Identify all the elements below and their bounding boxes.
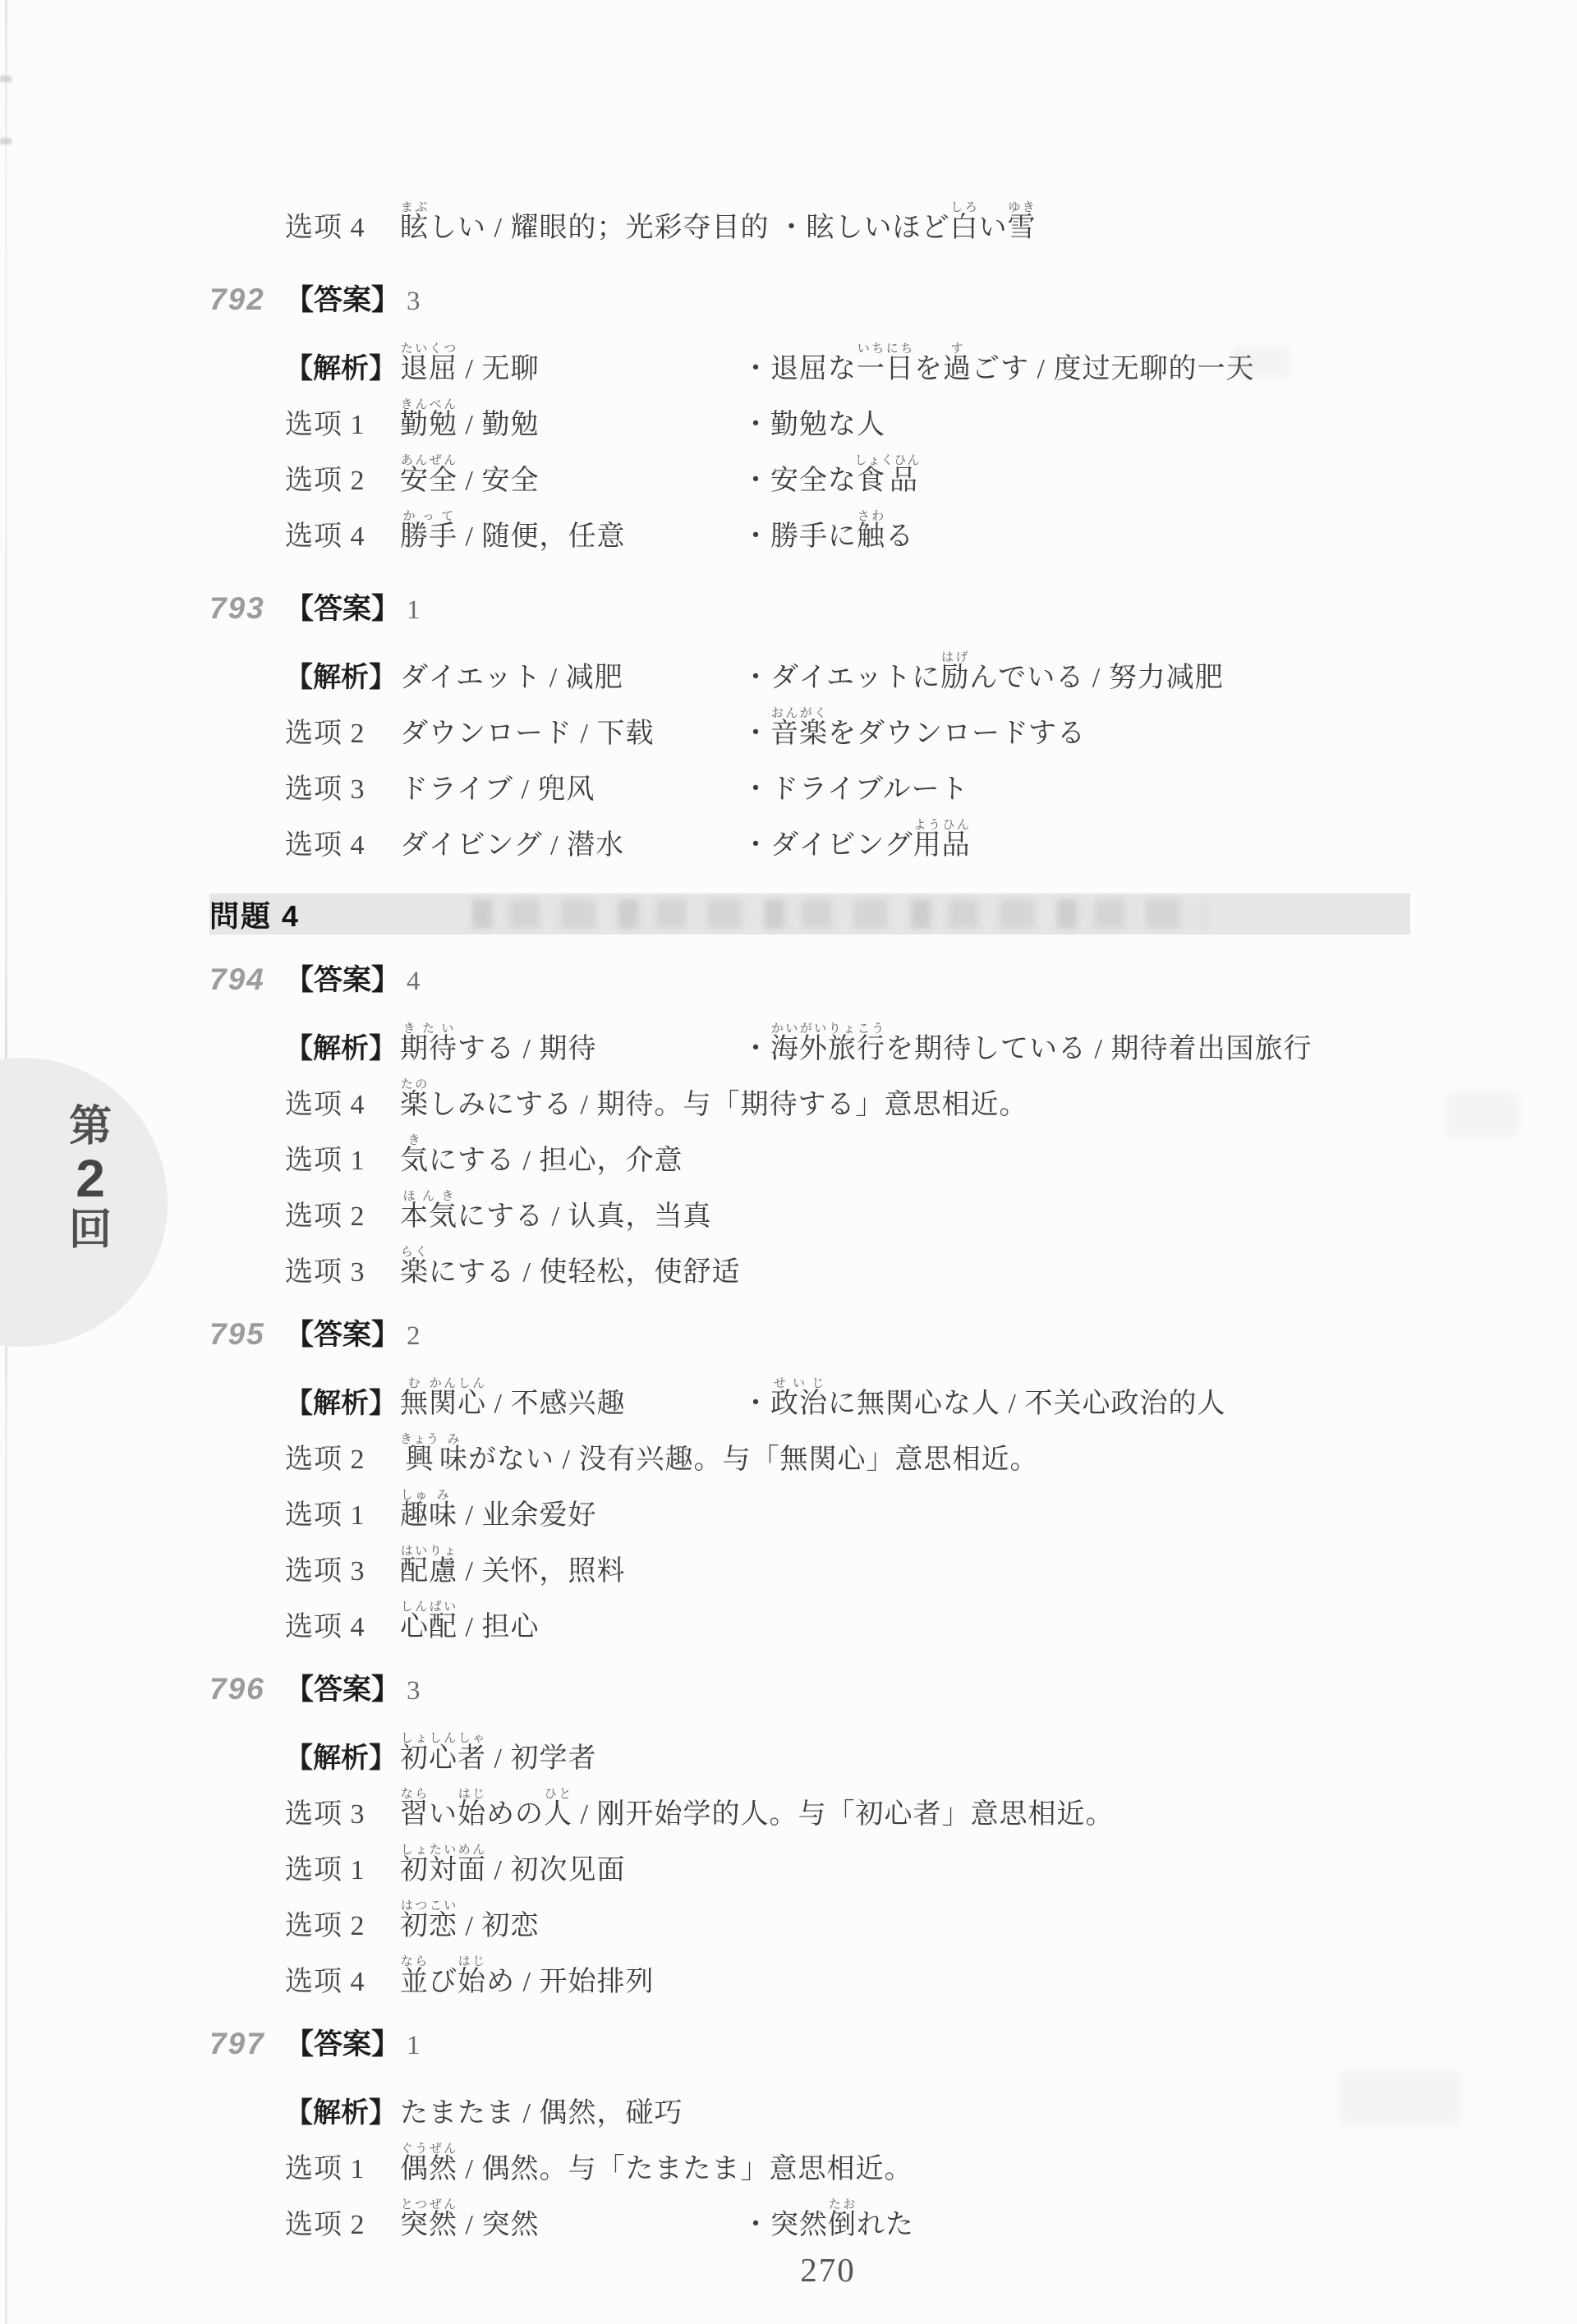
row-example: ・政治せいじに無関心な人 / 不关心政治的人 [742,1377,1225,1421]
option-row: 选项 3 楽らくにする / 使轻松，使舒适 [285,1233,1417,1289]
section-title: 問題 4 [209,893,300,935]
section-band: 問題 4 [209,893,1410,935]
question-number: 795 [209,1317,285,1352]
row-word: 勤勉きんべん / 勤勉 [400,398,742,442]
row-word: 楽らくにする / 使轻松，使舒适 [400,1246,748,1289]
row-label: 选项 1 [285,1500,400,1532]
row-label: 选项 2 [285,1910,400,1943]
answer-blocks-bottom: 794 【答案】 4 【解析】 期待きたいする / 期待 ・海外旅行かいがいりょ… [209,958,1417,2242]
option-row: 选项 2 突然とつぜん / 突然 ・突然倒たおれた [285,2186,1417,2242]
row-word: ドライブ / 兜风 [400,774,742,806]
answer-label: 【答案】 [285,958,400,999]
answers-column: 选项 4 眩まぶしい / 耀眼的；光彩夺目的 ・眩しいほど白しろい雪ゆき 792… [209,0,1417,2242]
row-label: 选项 4 [285,1089,400,1122]
carryover-option-row: 选项 4 眩まぶしい / 耀眼的；光彩夺目的 ・眩しいほど白しろい雪ゆき [209,0,1417,245]
row-example: ・勝手に触さわる [742,510,914,553]
answer-block: 793 【答案】 1 【解析】 ダイエット / 减肥 ・ダイエットに励はげんでい… [209,586,1417,862]
option-row: 选项 2 初恋はつこい / 初恋 [285,1887,1417,1943]
answer-line: 796 【答案】 3 [209,1667,1417,1720]
answer-line: 794 【答案】 4 [209,958,1417,1010]
row-word: 趣しゅ味み / 业余爱好 [400,1489,742,1532]
answer-line: 792 【答案】 3 [209,278,1417,330]
tab-char: 回 [69,1207,112,1253]
row-label: 【解析】 [285,1033,400,1066]
row-word: ダウンロード / 下载 [400,718,742,751]
answer-value: 1 [407,2031,421,2061]
row-label: 选项 2 [285,1444,400,1477]
answer-block: 796 【答案】 3 【解析】 初心者しょしんしゃ / 初学者 选项 3 習なら… [209,1667,1417,1999]
row-label: 选项 1 [285,409,400,442]
bleed-through-smudge [472,899,1205,929]
row-example: ・安全な食品しょくひん [742,454,921,498]
row-word: 本気ほんきにする / 认真，当真 [400,1190,742,1233]
row-label: 选项 2 [285,465,400,498]
row-word: たまたま / 偶然，碰巧 [400,2097,742,2130]
row-word: 習ならい始はじめの人ひと / 刚开始学的人。与「初心者」意思相近。 [400,1788,1122,1831]
answer-block: 792 【答案】 3 【解析】 退屈たいくつ / 无聊 ・退屈な一日いちにちを過… [209,278,1417,553]
option-row: 选项 4 ダイビング / 潜水 ・ダイビング用品ようひん [285,806,1417,862]
option-row: 【解析】 たまたま / 偶然，碰巧 [285,2074,1417,2130]
answer-value: 1 [407,595,421,626]
option-row: 【解析】 ダイエット / 减肥 ・ダイエットに励はげんでいる / 努力减肥 [285,639,1417,695]
round-2-tab-label: 第2回 [61,1104,120,1253]
row-word: 偶然ぐうぜん / 偶然。与「たまたま」意思相近。 [400,2143,921,2186]
option-rows: 【解析】 たまたま / 偶然，碰巧 选项 1 偶然ぐうぜん / 偶然。与「たまた… [209,2074,1417,2242]
row-label: 选项 4 [285,212,400,245]
row-label: 选项 2 [285,1201,400,1233]
row-word: 期待きたいする / 期待 [400,1022,742,1066]
page-number: 270 [0,2250,1577,2290]
bleed-spot [1339,2069,1462,2127]
option-row: 选项 1 気きにする / 担心，介意 [285,1122,1417,1178]
row-word: 突然とつぜん / 突然 [400,2198,742,2242]
option-row: 选项 2 本気ほんきにする / 认真，当真 [285,1178,1417,1233]
option-row: 【解析】 初心者しょしんしゃ / 初学者 [285,1720,1417,1775]
row-word: ダイエット / 减肥 [400,662,742,695]
option-row: 选项 3 ドライブ / 兜风 ・ドライブルート [285,751,1417,806]
row-label: 【解析】 [285,1743,400,1775]
row-word: 興きょう味みがない / 没有兴趣。与「無関心」意思相近。 [400,1433,1046,1477]
row-word: 並ならび始はじめ / 开始排列 [400,1955,742,1999]
row-example: ・勤勉な人 [742,409,885,442]
option-row: 选项 2 安全あんぜん / 安全 ・安全な食品しょくひん [285,442,1417,498]
answer-line: 793 【答案】 1 [209,586,1417,639]
row-example: ・退屈な一日いちにちを過すごす / 度过无聊的一天 [742,342,1254,386]
row-example: ・ダイビング用品ようひん [742,819,971,862]
row-word: 初心者しょしんしゃ / 初学者 [400,1732,742,1775]
book-page: 第2回 选项 4 眩まぶしい / 耀眼的；光彩夺目的 ・眩しいほど白しろい雪ゆき… [0,0,1577,2324]
option-row: 选项 2 ダウンロード / 下载 ・音楽おんがくをダウンロードする [285,695,1417,751]
answer-block: 797 【答案】 1 【解析】 たまたま / 偶然，碰巧 选项 1 偶然ぐうぜん… [209,2022,1417,2242]
row-word: 気きにする / 担心，介意 [400,1134,742,1178]
option-rows: 【解析】 無む関心かんしん / 不感兴趣 ・政治せいじに無関心な人 / 不关心政… [209,1365,1417,1644]
row-example: ・眩しいほど白しろい雪ゆき [777,201,1036,245]
row-word: 配慮はいりょ / 关怀，照料 [400,1545,742,1588]
row-label: 选项 4 [285,521,400,553]
answer-label: 【答案】 [285,2022,400,2063]
option-row: 选项 4 勝手かって / 随便，任意 ・勝手に触さわる [285,498,1417,553]
bleed-spot [1232,345,1290,378]
row-label: 选项 3 [285,1798,400,1831]
row-word: 眩まぶしい / 耀眼的；光彩夺目的 [400,201,777,245]
answer-label: 【答案】 [285,1667,400,1708]
question-number: 792 [209,282,285,317]
option-rows: 【解析】 期待きたいする / 期待 ・海外旅行かいがいりょこうを期待している /… [209,1010,1417,1289]
option-row: 【解析】 無む関心かんしん / 不感兴趣 ・政治せいじに無関心な人 / 不关心政… [285,1365,1417,1421]
row-label: 【解析】 [285,353,400,386]
row-label: 选项 3 [285,1555,400,1588]
question-number: 793 [209,591,285,626]
option-row: 选项 3 習ならい始はじめの人ひと / 刚开始学的人。与「初心者」意思相近。 [285,1775,1417,1831]
row-label: 选项 3 [285,774,400,806]
row-word: 初対面しょたいめん / 初次见面 [400,1844,742,1887]
row-word: ダイビング / 潜水 [400,829,742,862]
row-label: 【解析】 [285,662,400,695]
answer-block: 794 【答案】 4 【解析】 期待きたいする / 期待 ・海外旅行かいがいりょ… [209,958,1417,1289]
row-word: 心配しんぱい / 担心 [400,1601,742,1644]
answer-value: 3 [407,1676,421,1706]
row-label: 选项 2 [285,718,400,751]
row-example: ・音楽おんがくをダウンロードする [742,707,1086,751]
row-word: 初恋はつこい / 初恋 [400,1899,742,1943]
option-row: 选项 1 偶然ぐうぜん / 偶然。与「たまたま」意思相近。 [285,2130,1417,2186]
scan-mark [0,138,11,145]
row-label: 选项 4 [285,829,400,862]
option-row: 选项 4 眩まぶしい / 耀眼的；光彩夺目的 ・眩しいほど白しろい雪ゆき [285,189,1417,245]
row-word: 無む関心かんしん / 不感兴趣 [400,1377,742,1421]
option-row: 选项 2 興きょう味みがない / 没有兴趣。与「無関心」意思相近。 [285,1421,1417,1477]
question-number: 796 [209,1672,285,1706]
option-row: 选项 1 初対面しょたいめん / 初次见面 [285,1831,1417,1887]
row-word: 退屈たいくつ / 无聊 [400,342,742,386]
answer-block: 795 【答案】 2 【解析】 無む関心かんしん / 不感兴趣 ・政治せいじに無… [209,1312,1417,1644]
answer-value: 4 [407,967,421,997]
tab-char: 第 [69,1104,112,1150]
row-label: 选项 1 [285,1854,400,1887]
row-example: ・ドライブルート [742,774,969,806]
row-example: ・ダイエットに励はげんでいる / 努力减肥 [742,651,1224,695]
row-label: 选项 1 [285,2153,400,2186]
row-label: 【解析】 [285,1388,400,1421]
row-label: 选项 2 [285,2209,400,2242]
option-row: 选项 1 趣しゅ味み / 业余爱好 [285,1477,1417,1532]
answer-value: 3 [407,287,421,317]
option-row: 选项 3 配慮はいりょ / 关怀，照料 [285,1532,1417,1588]
option-row: 选项 1 勤勉きんべん / 勤勉 ・勤勉な人 [285,386,1417,442]
answer-line: 795 【答案】 2 [209,1312,1417,1365]
option-row: 选项 4 楽たのしみにする / 期待。与「期待する」意思相近。 [285,1066,1417,1122]
option-row: 【解析】 期待きたいする / 期待 ・海外旅行かいがいりょこうを期待している /… [285,1010,1417,1066]
option-row: 选项 4 並ならび始はじめ / 开始排列 [285,1943,1417,1999]
row-label: 选项 4 [285,1611,400,1644]
answer-label: 【答案】 [285,278,400,319]
row-word: 勝手かって / 随便，任意 [400,510,742,553]
row-word: 安全あんぜん / 安全 [400,454,742,498]
row-label: 选项 3 [285,1256,400,1289]
row-example: ・突然倒たおれた [742,2198,914,2242]
row-label: 选项 1 [285,1145,400,1178]
bleed-spot [1446,1092,1520,1137]
scan-mark [0,76,11,82]
answer-label: 【答案】 [285,586,400,627]
answer-value: 2 [407,1321,421,1352]
row-label: 选项 4 [285,1966,400,1999]
answer-label: 【答案】 [285,1312,400,1353]
option-rows: 【解析】 ダイエット / 减肥 ・ダイエットに励はげんでいる / 努力减肥 选项… [209,639,1417,862]
answer-line: 797 【答案】 1 [209,2022,1417,2074]
option-row: 选项 4 心配しんぱい / 担心 [285,1588,1417,1644]
row-example: ・海外旅行かいがいりょこうを期待している / 期待着出国旅行 [742,1022,1312,1066]
option-rows: 【解析】 初心者しょしんしゃ / 初学者 选项 3 習ならい始はじめの人ひと /… [209,1720,1417,1999]
question-number: 794 [209,962,285,997]
row-label: 【解析】 [285,2097,400,2130]
row-word: 楽たのしみにする / 期待。与「期待する」意思相近。 [400,1078,1036,1122]
question-number: 797 [209,2027,285,2061]
tab-char: 2 [76,1153,105,1204]
